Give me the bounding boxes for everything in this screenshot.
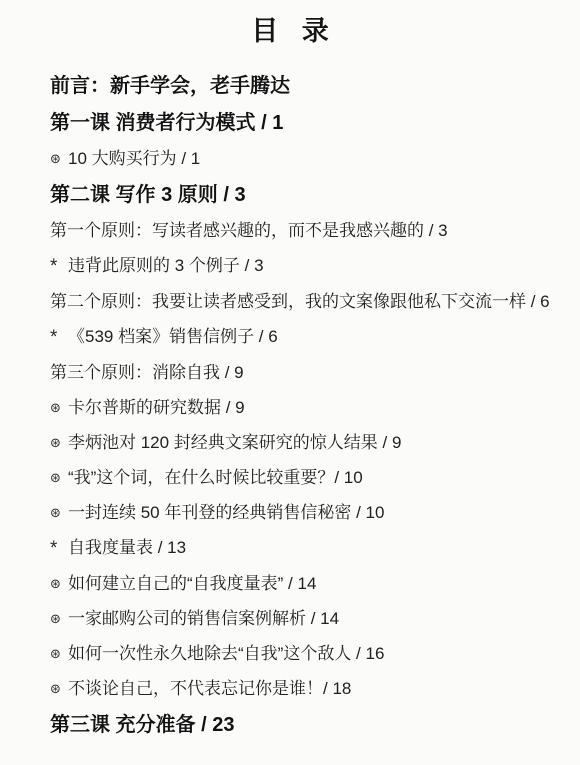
toc-entry: ⊛ “我”这个词，在什么时候比较重要？/ 10 xyxy=(50,467,552,489)
entry-text: 卡尔普斯的研究数据 / 9 xyxy=(68,397,552,419)
circled-asterisk-bullet-icon: ⊛ xyxy=(50,678,68,700)
entry-text: 前言：新手学会，老手腾达 xyxy=(50,74,552,98)
entry-text: 第一课 消费者行为模式 / 1 xyxy=(50,111,552,135)
toc-page: 目 录 前言：新手学会，老手腾达 第一课 消费者行为模式 / 1 ⊛ 10 大购… xyxy=(0,0,580,765)
entry-text: 第二课 写作 3 原则 / 3 xyxy=(50,183,552,207)
entry-text: 第三课 充分准备 / 23 xyxy=(50,713,552,737)
entry-text: “我”这个词，在什么时候比较重要？/ 10 xyxy=(68,467,552,489)
toc-entry-lesson-1: 第一课 消费者行为模式 / 1 xyxy=(50,111,552,135)
toc-entry: ⊛ 卡尔普斯的研究数据 / 9 xyxy=(50,397,552,419)
entry-text: 一封连续 50 年刊登的经典销售信秘密 / 10 xyxy=(68,502,552,524)
asterisk-bullet-icon: * xyxy=(50,255,68,278)
circled-asterisk-bullet-icon: ⊛ xyxy=(50,397,68,419)
circled-asterisk-bullet-icon: ⊛ xyxy=(50,573,68,595)
circled-asterisk-bullet-icon: ⊛ xyxy=(50,432,68,454)
entry-text: 违背此原则的 3 个例子 / 3 xyxy=(68,255,552,277)
toc-entry-lesson-3: 第三课 充分准备 / 23 xyxy=(50,713,552,737)
asterisk-bullet-icon: * xyxy=(50,326,68,349)
toc-entry: * 《539 档案》销售信例子 / 6 xyxy=(50,326,552,349)
entry-text: 《539 档案》销售信例子 / 6 xyxy=(68,326,552,348)
entry-text: 如何一次性永久地除去“自我”这个敌人 / 16 xyxy=(68,643,552,665)
page-title: 目 录 xyxy=(0,14,580,48)
entry-text: 一家邮购公司的销售信案例解析 / 14 xyxy=(68,608,552,630)
toc-list: 前言：新手学会，老手腾达 第一课 消费者行为模式 / 1 ⊛ 10 大购买行为 … xyxy=(0,74,580,737)
toc-entry: 第二个原则：我要让读者感受到，我的文案像跟他私下交流一样 / 6 xyxy=(50,291,552,313)
toc-entry: * 违背此原则的 3 个例子 / 3 xyxy=(50,255,552,278)
toc-entry: ⊛ 一封连续 50 年刊登的经典销售信秘密 / 10 xyxy=(50,502,552,524)
circled-asterisk-bullet-icon: ⊛ xyxy=(50,467,68,489)
asterisk-bullet-icon: * xyxy=(50,537,68,560)
circled-asterisk-bullet-icon: ⊛ xyxy=(50,608,68,630)
entry-text: 第二个原则：我要让读者感受到，我的文案像跟他私下交流一样 / 6 xyxy=(50,291,552,313)
circled-asterisk-bullet-icon: ⊛ xyxy=(50,643,68,665)
toc-entry: 第一个原则：写读者感兴趣的，而不是我感兴趣的 / 3 xyxy=(50,220,552,242)
toc-entry-lesson-2: 第二课 写作 3 原则 / 3 xyxy=(50,183,552,207)
toc-entry: * 自我度量表 / 13 xyxy=(50,537,552,560)
circled-asterisk-bullet-icon: ⊛ xyxy=(50,502,68,524)
toc-entry: ⊛ 一家邮购公司的销售信案例解析 / 14 xyxy=(50,608,552,630)
toc-entry: ⊛ 如何建立自己的“自我度量表” / 14 xyxy=(50,573,552,595)
entry-text: 第三个原则：消除自我 / 9 xyxy=(50,362,552,384)
toc-entry: ⊛ 如何一次性永久地除去“自我”这个敌人 / 16 xyxy=(50,643,552,665)
toc-entry-preface: 前言：新手学会，老手腾达 xyxy=(50,74,552,98)
entry-text: 第一个原则：写读者感兴趣的，而不是我感兴趣的 / 3 xyxy=(50,220,552,242)
toc-entry: ⊛ 李炳池对 120 封经典文案研究的惊人结果 / 9 xyxy=(50,432,552,454)
entry-text: 10 大购买行为 / 1 xyxy=(68,148,552,170)
entry-text: 自我度量表 / 13 xyxy=(68,537,552,559)
entry-text: 不谈论自己，不代表忘记你是谁！/ 18 xyxy=(68,678,552,700)
toc-entry: 第三个原则：消除自我 / 9 xyxy=(50,362,552,384)
circled-asterisk-bullet-icon: ⊛ xyxy=(50,148,68,170)
toc-entry: ⊛ 不谈论自己，不代表忘记你是谁！/ 18 xyxy=(50,678,552,700)
entry-text: 李炳池对 120 封经典文案研究的惊人结果 / 9 xyxy=(68,432,552,454)
entry-text: 如何建立自己的“自我度量表” / 14 xyxy=(68,573,552,595)
toc-entry: ⊛ 10 大购买行为 / 1 xyxy=(50,148,552,170)
